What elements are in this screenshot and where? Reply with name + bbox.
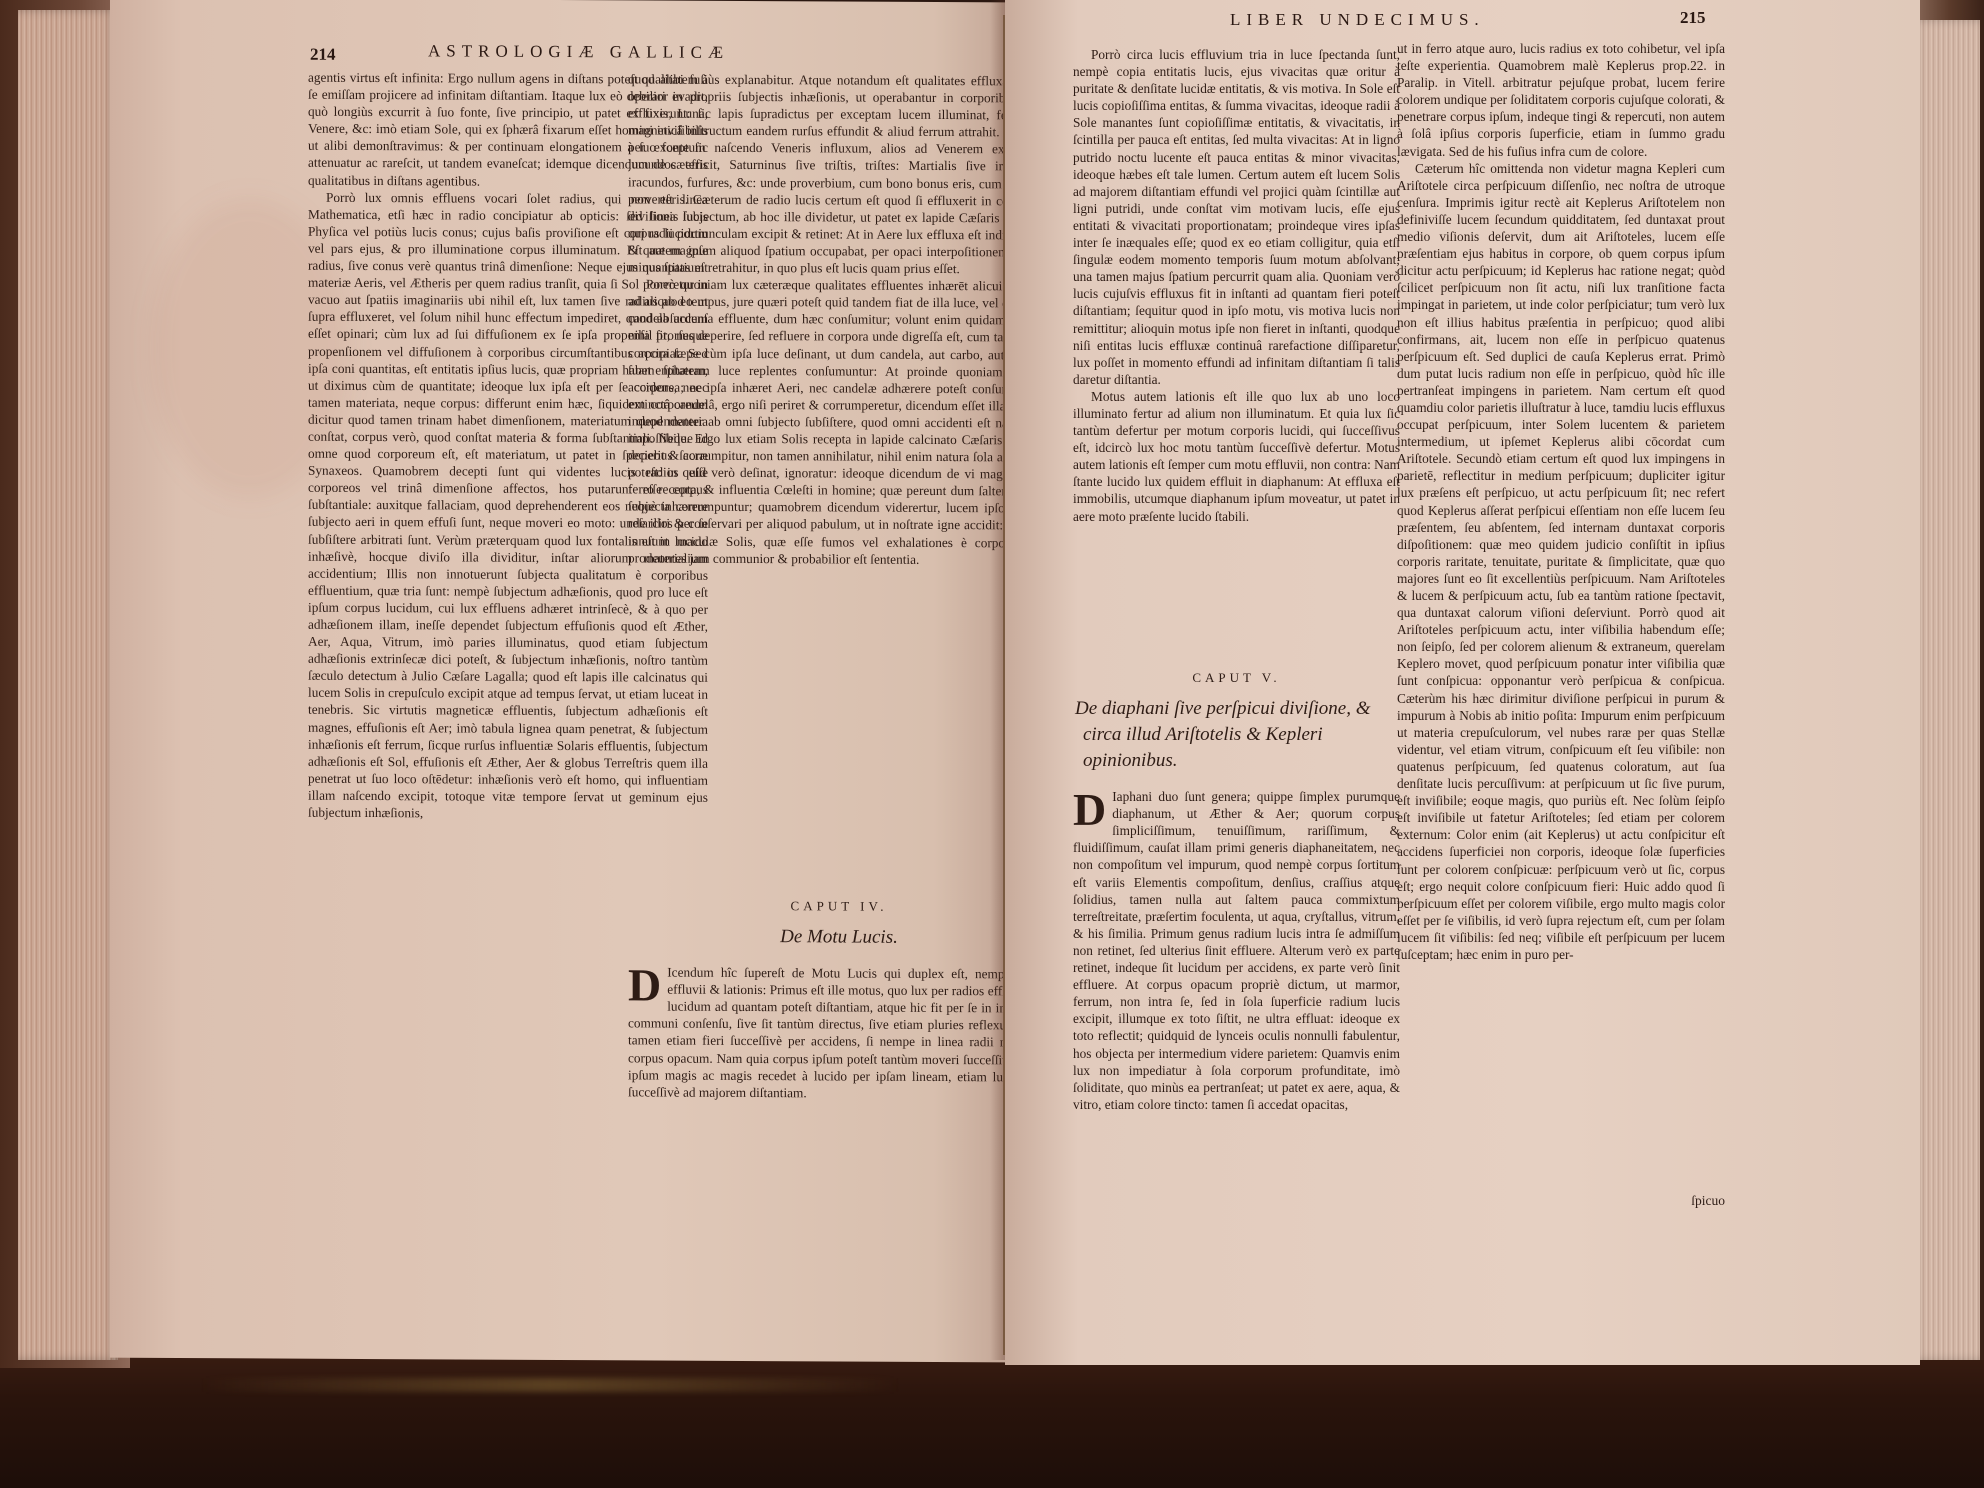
left-page: 214 ASTROLOGIÆ GALLICÆ agentis virtus eſ… — [110, 0, 1005, 1362]
paragraph: quod alibi fuſiùs explanabitur. Atque no… — [628, 70, 1050, 277]
column-1-body: Porrò circa lucis effluvium tria in luce… — [1073, 46, 1400, 651]
chapter-label: CAPUT V. — [1073, 669, 1400, 686]
drop-cap: D — [628, 963, 667, 1005]
chapter-body: D Icendum hîc ſupereſt de Motu Lucis qui… — [628, 963, 1050, 1215]
page-number: 215 — [1680, 8, 1706, 28]
text-column-1: Porrò circa lucis effluvium tria in luce… — [1073, 46, 1400, 1206]
paragraph: Porrò quoniam lux cæteræque qualitates e… — [628, 275, 1050, 568]
chapter-title: De Motu Lucis. — [628, 923, 1050, 951]
paragraph: Iaphani duo ſunt genera; quippe ſimplex … — [1073, 789, 1400, 1112]
chapter-body: D Iaphani duo ſunt genera; quippe ſimple… — [1073, 788, 1400, 1206]
paragraph: Cæterum hîc omittenda non videtur magna … — [1397, 160, 1725, 963]
table-surface — [0, 1350, 1984, 1488]
page-edges-left — [18, 10, 118, 1360]
paragraph: Porrò circa lucis effluvium tria in luce… — [1073, 46, 1400, 388]
right-page: LIBER UNDECIMUS. 215 Porrò circa lucis e… — [1005, 0, 1920, 1365]
paragraph: Icendum hîc ſupereſt de Motu Lucis qui d… — [628, 965, 1050, 1100]
page-number: 214 — [310, 45, 336, 65]
paragraph: ut in ferro atque auro, lucis radius ex … — [1397, 40, 1725, 160]
catchword: Porrò — [628, 1213, 1050, 1232]
page-edges-right — [1910, 20, 1980, 1360]
chapter-title: De diaphani ſive perſpicui diviſione, & … — [1073, 696, 1400, 774]
paragraph: Motus autem lationis eſt ille quo lux ab… — [1073, 388, 1400, 525]
column-2-body: ut in ferro atque auro, lucis radius ex … — [1397, 40, 1725, 1192]
text-column-2: quod alibi fuſiùs explanabitur. Atque no… — [628, 70, 1050, 1232]
table-reflection — [200, 1378, 900, 1392]
column-2-body: quod alibi fuſiùs explanabitur. Atque no… — [628, 70, 1050, 880]
chapter-label: CAPUT IV. — [628, 896, 1050, 915]
drop-cap: D — [1073, 788, 1112, 830]
text-column-2: ut in ferro atque auro, lucis radius ex … — [1397, 40, 1725, 1215]
catchword: ſpicuo — [1397, 1192, 1725, 1209]
running-head: ASTROLOGIÆ GALLICÆ — [428, 41, 729, 63]
running-head: LIBER UNDECIMUS. — [1230, 10, 1485, 30]
